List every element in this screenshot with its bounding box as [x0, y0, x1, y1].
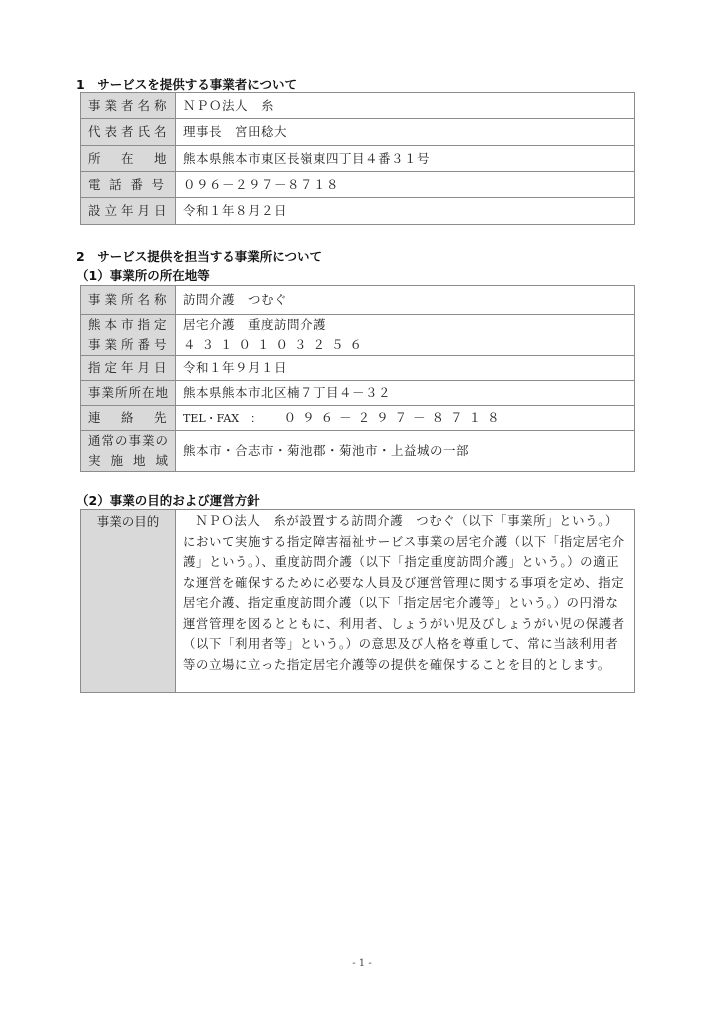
contact-prefix: TEL・FAX ：	[183, 412, 261, 425]
table-row: 連 絡 先 TEL・FAX ： ０９６－２９７－８７１８	[81, 406, 635, 431]
phone-label: 電話番号	[81, 172, 176, 198]
office-info-table: 事業所名称 訪問介護 つむぐ 熊本市指定 事業所番号 居宅介護 重度訪問介護 ４…	[80, 285, 635, 472]
table-row: 電話番号 ０９６－２９７－８７１８	[81, 172, 635, 198]
designation-date-value: 令和１年９月１日	[176, 356, 635, 381]
office-address-label: 事業所所在地	[81, 381, 176, 406]
table-row: 指定年月日 令和１年９月１日	[81, 356, 635, 381]
purpose-text: ＮＰＯ法人 糸が設置する訪問介護 つむぐ（以下「事業所」という。）において実施す…	[176, 510, 635, 693]
service-area-label: 通常の事業の 実施地域	[81, 431, 176, 472]
table-row: 事業所所在地 熊本県熊本市北区楠７丁目４－３２	[81, 381, 635, 406]
designation-label-line2: 事業所番号	[88, 335, 168, 355]
section2-sub2-heading: （2）事業の目的および運営方針	[76, 491, 260, 509]
contact-number: ０９６－２９７－８７１８	[284, 410, 506, 425]
purpose-label: 事業の目的	[81, 510, 176, 693]
established-date-label: 設立年月日	[81, 198, 176, 225]
office-address-value: 熊本県熊本市北区楠７丁目４－３２	[176, 381, 635, 406]
established-date-value: 令和１年８月２日	[176, 198, 635, 225]
contact-value: TEL・FAX ： ０９６－２９７－８７１８	[176, 406, 635, 431]
table-row: 代表者氏名 理事長 宮田稔大	[81, 119, 635, 146]
designation-number-value: 居宅介護 重度訪問介護 ４３１０１０３２５６	[176, 315, 635, 356]
representative-value: 理事長 宮田稔大	[176, 119, 635, 146]
designation-number-label: 熊本市指定 事業所番号	[81, 315, 176, 356]
section2-sub1-heading: （1）事業所の所在地等	[76, 266, 210, 284]
table-row: 事業所名称 訪問介護 つむぐ	[81, 286, 635, 315]
table-row: 設立年月日 令和１年８月２日	[81, 198, 635, 225]
contact-label: 連 絡 先	[81, 406, 176, 431]
service-area-label-line1: 通常の事業の	[88, 431, 168, 451]
table-row: 事業者名称 ＮＰＯ法人 糸	[81, 93, 635, 119]
designation-label-line1: 熊本市指定	[88, 315, 168, 335]
provider-name-label: 事業者名称	[81, 93, 176, 119]
table-row: 所 在 地 熊本県熊本市東区長嶺東四丁目４番３１号	[81, 146, 635, 172]
table-row: 事業の目的 ＮＰＯ法人 糸が設置する訪問介護 つむぐ（以下「事業所」という。）に…	[81, 510, 635, 693]
provider-name-value: ＮＰＯ法人 糸	[176, 93, 635, 119]
phone-value: ０９６－２９７－８７１８	[176, 172, 635, 198]
service-types: 居宅介護 重度訪問介護	[183, 315, 627, 335]
address-value: 熊本県熊本市東区長嶺東四丁目４番３１号	[176, 146, 635, 172]
address-label: 所 在 地	[81, 146, 176, 172]
table-row: 通常の事業の 実施地域 熊本市・合志市・菊池郡・菊池市・上益城の一部	[81, 431, 635, 472]
designation-date-label: 指定年月日	[81, 356, 176, 381]
table-row: 熊本市指定 事業所番号 居宅介護 重度訪問介護 ４３１０１０３２５６	[81, 315, 635, 356]
office-name-label: 事業所名称	[81, 286, 176, 315]
page-number: - 1 -	[0, 958, 724, 969]
office-number: ４３１０１０３２５６	[183, 335, 627, 355]
office-name-value: 訪問介護 つむぐ	[176, 286, 635, 315]
service-area-value: 熊本市・合志市・菊池郡・菊池市・上益城の一部	[176, 431, 635, 472]
section2-heading: 2 サービス提供を担当する事業所について	[76, 247, 322, 265]
representative-label: 代表者氏名	[81, 119, 176, 146]
provider-info-table: 事業者名称 ＮＰＯ法人 糸 代表者氏名 理事長 宮田稔大 所 在 地 熊本県熊本…	[80, 92, 635, 225]
section1-heading: 1 サービスを提供する事業者について	[76, 75, 297, 93]
purpose-table: 事業の目的 ＮＰＯ法人 糸が設置する訪問介護 つむぐ（以下「事業所」という。）に…	[80, 509, 635, 693]
service-area-label-line2: 実施地域	[88, 451, 168, 471]
